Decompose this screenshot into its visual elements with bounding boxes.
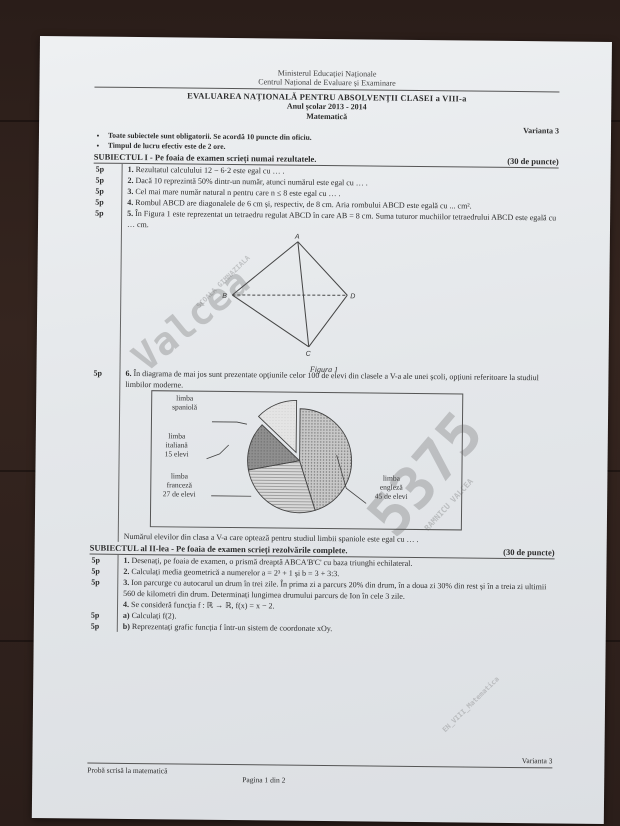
- points-label: 5p: [93, 208, 119, 230]
- pie-chart-box: limbaspaniolă limbaitaliană15 elevi limb…: [150, 390, 463, 530]
- question-text: Reprezentați grafic funcția f într-un si…: [132, 622, 332, 633]
- question-number: 2.: [127, 176, 133, 185]
- points-label: 5p: [93, 175, 119, 186]
- points-label: 5p: [89, 566, 115, 577]
- question-number: 2.: [123, 567, 129, 576]
- points-label: 5p: [89, 555, 115, 566]
- section-1-points: (30 de puncte): [507, 156, 559, 167]
- footer-row: Probă scrisă la matematică Pagina 1 din …: [87, 766, 552, 788]
- points-label: [89, 599, 115, 610]
- points-label: 5p: [93, 186, 119, 197]
- tetrahedron-diagram: A B C D: [92, 230, 558, 363]
- question-number: 1.: [128, 165, 134, 174]
- question-number: b): [123, 622, 130, 631]
- footer-page-number: Pagina 1 din 2: [242, 775, 285, 784]
- vertex-d-label: D: [350, 293, 355, 300]
- question-number: a): [123, 611, 130, 620]
- points-label: 5p: [89, 621, 115, 632]
- question-text: Se consideră funcția f : ℝ → ℝ, f(x) = x…: [131, 600, 275, 611]
- exam-sheet: Ministerul Educației Naționale Centrul N…: [32, 36, 612, 824]
- points-label: 5p: [89, 610, 115, 621]
- label-engleza: limbaengleză45 de elevi: [361, 473, 421, 501]
- watermark-exam-code: EN_VIII_Matematica: [441, 675, 501, 734]
- points-label: 5p: [89, 577, 115, 599]
- section-2-points: (30 de puncte): [503, 547, 555, 558]
- section-2-title: SUBIECTUL al II-lea - Pe foaia de examen…: [90, 543, 348, 556]
- label-franceza: limbafranceză27 de elevi: [151, 471, 207, 499]
- question-number: 4.: [127, 198, 133, 207]
- exam-content: Ministerul Educației Naționale Centrul N…: [89, 67, 560, 637]
- question-number: 3.: [123, 578, 129, 587]
- label-spaniola: limbaspaniolă: [172, 393, 197, 411]
- pie-chart: [151, 391, 462, 529]
- question-number: 5.: [127, 209, 133, 218]
- question-number: 3.: [127, 187, 133, 196]
- question-text: Calculați f(2).: [132, 611, 177, 620]
- question-text: Ion parcurge cu autocarul un drum în tre…: [123, 578, 546, 601]
- question-text: Rezultatul calculului 12 − 6·2 este egal…: [136, 165, 285, 176]
- footer-exam-name: Probă scrisă la matematică: [87, 766, 242, 785]
- question-number: 4.: [123, 600, 129, 609]
- question-number: 1.: [123, 556, 129, 565]
- label-italiana: limbaitaliană15 elevi: [152, 431, 202, 459]
- vertex-c-label: C: [306, 351, 312, 358]
- section-1-items: 5p1. Rezultatul calculului 12 − 6·2 este…: [90, 164, 559, 547]
- section-1-title: SUBIECTUL I - Pe foaia de examen scrieți…: [94, 152, 317, 164]
- section-2-items: 5p1. Desenați, pe foaia de examen, o pri…: [89, 555, 555, 637]
- page-footer: Varianta 3 Probă scrisă la matematică Pa…: [87, 752, 552, 788]
- vertex-b-label: B: [222, 293, 227, 300]
- vertex-a-label: A: [294, 234, 300, 241]
- question-text: În Figura 1 este reprezentat un tetraedr…: [127, 209, 556, 229]
- points-label: 5p: [93, 197, 119, 208]
- figure-1: A B C D Figura 1: [92, 230, 558, 373]
- points-label: 5p: [94, 164, 120, 175]
